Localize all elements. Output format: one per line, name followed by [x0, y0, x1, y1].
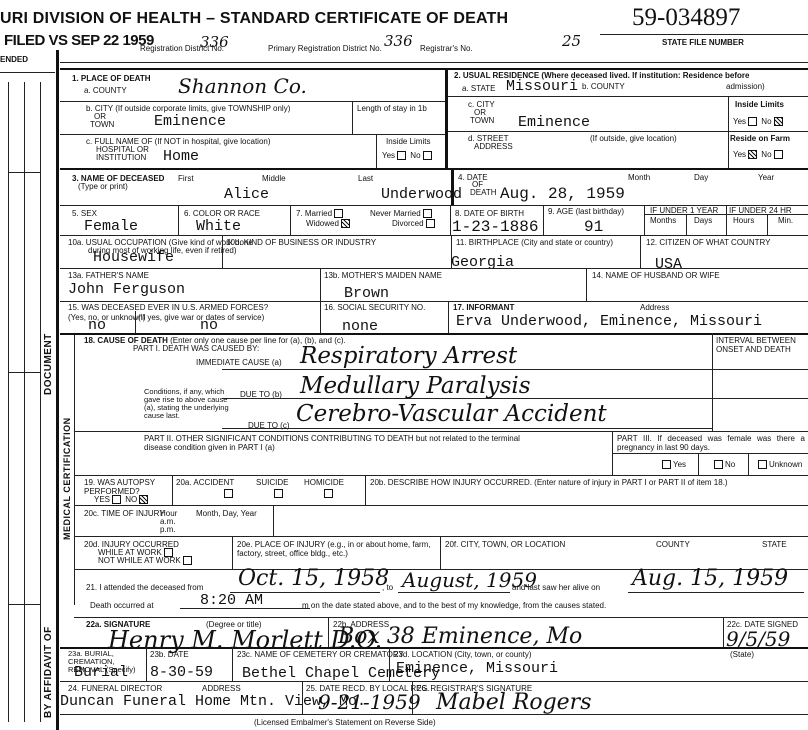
widowed-checkbox[interactable]	[341, 219, 350, 228]
homicide-checkbox[interactable]	[324, 489, 333, 498]
informant-value: Erva Underwood, Eminence, Missouri	[456, 313, 762, 330]
injury-state-label: STATE	[762, 540, 787, 549]
date-of-birth-label: 8. DATE OF BIRTH	[455, 209, 524, 218]
usual-residence-title-cont: admission)	[726, 82, 765, 91]
months-label: Months	[650, 216, 676, 225]
marital-widowed: Widowed	[306, 219, 352, 228]
mothers-maiden-name-label: 13b. MOTHER'S MAIDEN NAME	[324, 271, 442, 280]
inside-limits-1-yes-checkbox[interactable]	[397, 151, 406, 160]
residence-state-label: a. STATE	[462, 84, 496, 93]
spouse-name-label: 14. NAME OF HUSBAND OR WIFE	[592, 271, 720, 280]
divorced-checkbox[interactable]	[426, 219, 435, 228]
death-month-label: Month	[628, 173, 650, 182]
inside-limits-label-2: Inside Limits	[735, 100, 784, 109]
last-name-label: Last	[358, 174, 373, 183]
city-label: b. CITY (If outside corporate limits, gi…	[86, 104, 290, 113]
age-value: 91	[584, 218, 603, 236]
injury-pm-label: p.m.	[160, 525, 176, 534]
margin-affidavit-label: BY AFFIDAVIT OF	[43, 626, 54, 718]
length-of-stay-label: Length of stay in 1b	[357, 104, 427, 113]
physician-address-value: Box 38 Eminence, Mo	[338, 624, 582, 649]
occupation-value: Housewife	[93, 249, 174, 266]
burial-date-label: 23b. DATE	[150, 650, 189, 659]
inside-limits-2-options: Yes No	[733, 117, 785, 126]
minutes-label: Min.	[778, 216, 793, 225]
inside-limits-label-1: Inside Limits	[386, 137, 430, 146]
death-year-label: Year	[758, 173, 774, 182]
residence-county-label: b. COUNTY	[582, 82, 625, 91]
never-married-checkbox[interactable]	[423, 209, 432, 218]
amended-label: ENDED	[0, 55, 28, 64]
immediate-cause-label: IMMEDIATE CAUSE (a)	[196, 358, 282, 367]
marital-divorced: Divorced	[392, 219, 437, 228]
fathers-name-label: 13a. FATHER'S NAME	[68, 271, 149, 280]
race-value: White	[196, 218, 241, 235]
injury-date-label: Month, Day, Year	[196, 509, 257, 518]
last-name-value: Underwood	[381, 186, 462, 203]
inside-limits-2-yes-checkbox[interactable]	[748, 117, 757, 126]
death-time-value: 8:20 AM	[200, 592, 263, 609]
inside-limits-1-no-checkbox[interactable]	[423, 151, 432, 160]
due-to-b-value: Medullary Paralysis	[300, 373, 531, 399]
county-label: a. COUNTY	[84, 86, 127, 95]
reside-farm-yes-checkbox[interactable]	[748, 150, 757, 159]
attended-from-label: 21. I attended the deceased from	[86, 583, 203, 592]
part-2-label: PART II. OTHER SIGNIFICANT CONDITIONS CO…	[144, 434, 544, 452]
social-security-label: 16. SOCIAL SECURITY NO.	[324, 303, 425, 312]
days-label: Days	[694, 216, 712, 225]
armed-forces-hint-1: (Yes, no, or unknown)	[68, 313, 146, 322]
middle-name-label: Middle	[262, 174, 286, 183]
pregnancy-unknown-checkbox[interactable]	[758, 460, 767, 469]
registrar-no-value: 25	[562, 32, 581, 50]
hospital-value: Home	[163, 148, 199, 165]
date-of-death-value: Aug. 28, 1959	[500, 185, 625, 203]
primary-reg-district-label: Primary Registration District No.	[268, 44, 382, 53]
citizenship-label: 12. CITIZEN OF WHAT COUNTRY	[646, 238, 770, 247]
street-sub-label: ADDRESS	[474, 142, 513, 151]
under-24-hr-label: IF UNDER 24 HR	[729, 206, 792, 215]
sex-value: Female	[84, 218, 138, 235]
reg-district-value: 336	[200, 33, 229, 51]
burial-location-label: 23d. LOCATION (City, town, or county)	[394, 650, 532, 659]
not-at-work-checkbox[interactable]	[183, 556, 192, 565]
business-industry-label: 10b. KIND OF BUSINESS OR INDUSTRY	[226, 238, 376, 247]
birthplace-label: 11. BIRTHPLACE (City and state or countr…	[456, 238, 613, 247]
street-hint: (If outside, give location)	[590, 134, 677, 143]
reside-on-farm-label: Reside on Farm	[730, 134, 790, 143]
marital-never-married: Never Married	[370, 209, 434, 218]
autopsy-options: YES NO	[94, 495, 150, 504]
pregnancy-no: No	[712, 460, 735, 469]
date-received-value: 9-21-1959	[318, 690, 421, 714]
registrar-signature: Mabel Rogers	[436, 690, 592, 715]
homicide-label: HOMICIDE	[304, 478, 344, 487]
race-label: 6. COLOR OR RACE	[184, 209, 260, 218]
hours-label: Hours	[733, 216, 754, 225]
burial-location-value: Eminence, Missouri	[396, 660, 558, 677]
inside-limits-1-options: Yes No	[382, 151, 434, 160]
burial-date-value: 8-30-59	[150, 664, 213, 681]
injury-description-label: 20b. DESCRIBE HOW INJURY OCCURRED. (Ente…	[370, 478, 728, 487]
filed-stamp: FILED VS SEP 22 1959	[4, 32, 154, 49]
disposition-value: Burial	[74, 664, 128, 681]
place-of-death-title: 1. PLACE OF DEATH	[72, 74, 151, 83]
date-of-birth-value: 1-23-1886	[452, 218, 538, 236]
time-of-injury-label: 20c. TIME OF INJURY	[84, 509, 165, 518]
part-1-label: PART I. DEATH WAS CAUSED BY:	[133, 344, 259, 353]
city-town-label: TOWN	[90, 120, 114, 129]
reside-on-farm-options: Yes No	[733, 150, 785, 159]
state-file-number-label: STATE FILE NUMBER	[662, 38, 744, 47]
state-file-number: 59-034897	[632, 4, 740, 32]
injury-county-label: COUNTY	[656, 540, 690, 549]
last-saw-alive-value: Aug. 15, 1959	[632, 566, 788, 591]
death-county-value: Shannon Co.	[178, 74, 307, 98]
attended-to-label: , to	[382, 583, 393, 592]
first-name-label: First	[178, 174, 194, 183]
armed-forces-label: 15. WAS DECEASED EVER IN U.S. ARMED FORC…	[68, 303, 268, 312]
informant-label: 17. INFORMANT	[453, 303, 514, 312]
accident-label: 20a. ACCIDENT	[176, 478, 234, 487]
service-dates-value: no	[200, 317, 218, 334]
date-of-death-death: DEATH	[470, 188, 497, 197]
informant-address-label: Address	[640, 303, 669, 312]
cemetery-label: 23c. NAME OF CEMETERY OR CREMATORY	[237, 650, 404, 659]
part-3-label: PART III. If deceased was female was the…	[617, 434, 805, 452]
embalmer-statement-note: (Licensed Embalmer's Statement on Revers…	[254, 718, 436, 727]
institution-sub-label: INSTITUTION	[96, 153, 146, 162]
fathers-name-value: John Ferguson	[68, 281, 185, 298]
sex-label: 5. SEX	[72, 209, 97, 218]
due-to-c-value: Cerebro-Vascular Accident	[296, 401, 607, 427]
certification-statement: m on the date stated above, and to the b…	[302, 601, 606, 610]
inside-limits-2-no-checkbox[interactable]	[774, 117, 783, 126]
certificate-title: URI DIVISION OF HEALTH – STANDARD CERTIF…	[0, 10, 508, 28]
pregnancy-yes-checkbox[interactable]	[662, 460, 671, 469]
interval-onset-label: INTERVAL BETWEEN ONSET AND DEATH	[716, 336, 806, 354]
residence-city-town: TOWN	[470, 116, 494, 125]
burial-state-label: (State)	[730, 650, 754, 659]
first-name-value: Alice	[224, 186, 269, 203]
immediate-cause-value: Respiratory Arrest	[300, 343, 517, 369]
accident-checkbox[interactable]	[224, 489, 233, 498]
armed-forces-value: no	[88, 317, 106, 334]
reside-farm-no-checkbox[interactable]	[774, 150, 783, 159]
last-saw-alive-label: and last saw her alive on	[512, 583, 600, 592]
primary-reg-district-value: 336	[384, 32, 413, 50]
mothers-maiden-name-value: Brown	[344, 285, 389, 302]
autopsy-yes-checkbox[interactable]	[112, 495, 121, 504]
residence-city-value: Eminence	[518, 114, 590, 131]
injury-city-label: 20f. CITY, TOWN, OR LOCATION	[445, 540, 565, 549]
place-of-injury-label: 20e. PLACE OF INJURY (e.g., in or about …	[237, 540, 437, 558]
suicide-checkbox[interactable]	[274, 489, 283, 498]
age-label: 9. AGE (last birthday)	[548, 207, 624, 216]
injury-not-at-work: NOT WHILE AT WORK	[98, 556, 194, 565]
autopsy-label: 19. WAS AUTOPSY PERFORMED?	[84, 478, 164, 496]
death-occurred-label: Death occurred at	[90, 601, 154, 610]
registrar-no-label: Registrar's No.	[420, 44, 473, 53]
name-type-print-hint: (Type or print)	[78, 182, 128, 191]
pregnancy-unknown: Unknown	[756, 460, 802, 469]
death-city-value: Eminence	[154, 113, 226, 130]
attended-from-value: Oct. 15, 1958	[238, 566, 389, 591]
marital-married: 7. Married	[296, 209, 345, 218]
pregnancy-no-checkbox[interactable]	[714, 460, 723, 469]
autopsy-no-checkbox[interactable]	[139, 495, 148, 504]
funeral-director-label: 24. FUNERAL DIRECTOR	[68, 684, 162, 693]
pregnancy-yes: Yes	[660, 460, 686, 469]
residence-state-value: Missouri	[506, 78, 578, 95]
margin-document-label: DOCUMENT	[43, 333, 54, 395]
death-day-label: Day	[694, 173, 708, 182]
suicide-label: SUICIDE	[256, 478, 288, 487]
margin-medical-certification-label: MEDICAL CERTIFICATION	[62, 417, 72, 540]
married-checkbox[interactable]	[334, 209, 343, 218]
conditions-note: Conditions, if any, which gave rise to a…	[144, 388, 232, 420]
funeral-director-address-label: ADDRESS	[202, 684, 241, 693]
